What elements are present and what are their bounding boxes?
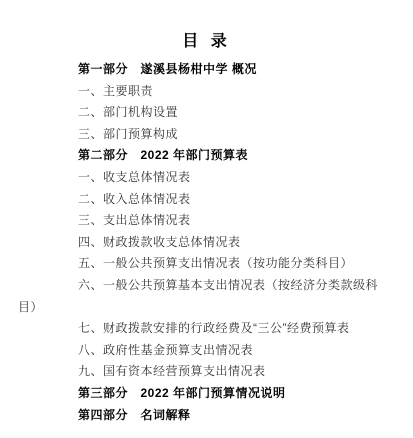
toc-item: 九、国有资本经营预算支出情况表 xyxy=(18,361,398,383)
section-heading-part2: 第二部分 2022 年部门预算表 xyxy=(18,145,398,167)
toc-item: 二、收入总体情况表 xyxy=(18,189,398,211)
table-of-contents: 第一部分 遂溪县杨柑中学 概况 一、主要职责 二、部门机构设置 三、部门预算构成… xyxy=(18,59,398,426)
page-title: 目 录 xyxy=(0,33,413,50)
toc-item: 五、一般公共预算支出情况表（按功能分类科目） xyxy=(18,253,398,275)
toc-item: 六、一般公共预算基本支出情况表（按经济分类款级科 xyxy=(18,275,398,297)
toc-item: 七、财政拨款安排的行政经费及“三公”经费预算表 xyxy=(18,318,398,340)
toc-item: 一、主要职责 xyxy=(18,81,398,103)
toc-item: 三、支出总体情况表 xyxy=(18,210,398,232)
section-heading-part4: 第四部分 名词解释 xyxy=(18,405,398,427)
toc-item: 一、收支总体情况表 xyxy=(18,167,398,189)
section-heading-part1: 第一部分 遂溪县杨柑中学 概况 xyxy=(18,59,398,81)
toc-item-wrapped-line: 目） xyxy=(18,297,398,319)
toc-page: 目 录 第一部分 遂溪县杨柑中学 概况 一、主要职责 二、部门机构设置 三、部门… xyxy=(0,0,413,438)
toc-item: 四、财政拨款收支总体情况表 xyxy=(18,232,398,254)
toc-item: 三、部门预算构成 xyxy=(18,124,398,146)
toc-item: 八、政府性基金预算支出情况表 xyxy=(18,340,398,362)
toc-item: 二、部门机构设置 xyxy=(18,102,398,124)
section-heading-part3: 第三部分 2022 年部门预算情况说明 xyxy=(18,383,398,405)
